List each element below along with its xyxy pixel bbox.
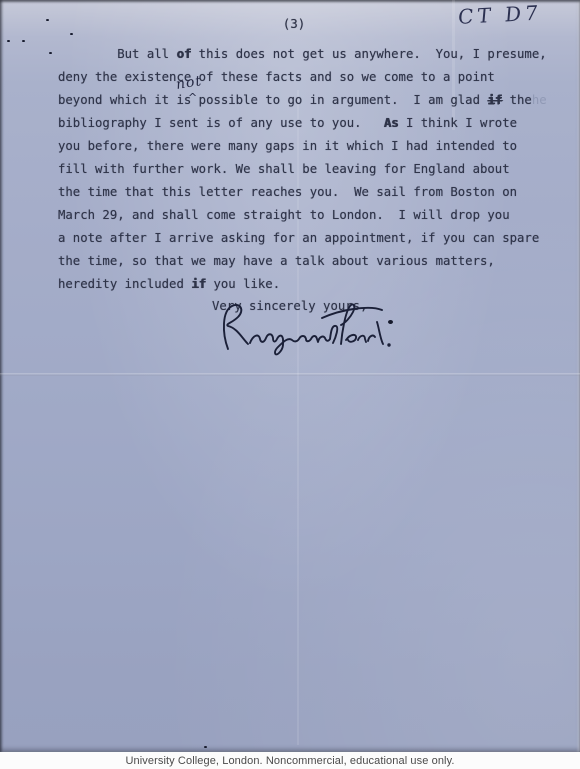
signature-handwriting (212, 297, 404, 357)
letter-text-segment: a note after I arrive asking for an appo… (58, 231, 539, 245)
letter-text-segment: fill with further work. We shall be leav… (58, 162, 510, 176)
letter-text-segment: I think I wrote (399, 116, 517, 130)
ink-spot (49, 52, 52, 54)
letter-text-segment: bibliography I sent is of any use to you… (58, 116, 384, 130)
letter-line: deny the existence of these facts and so… (58, 66, 563, 89)
letter-text-segment: the (502, 93, 532, 107)
scanned-letter-page: CT D7 (3) But all of this does not get u… (0, 0, 580, 769)
letter-paper: CT D7 (3) But all of this does not get u… (0, 0, 580, 752)
letter-text-segment: he (532, 93, 547, 107)
typed-letter-body: But all of this does not get us anywhere… (58, 43, 563, 296)
letter-text-segment: of (176, 47, 191, 61)
letter-line: But all of this does not get us anywhere… (58, 43, 563, 66)
caption-text: University College, London. Noncommercia… (125, 755, 454, 767)
letter-text-segment: you like. (206, 277, 280, 291)
letter-text-segment: you before, there were many gaps in it w… (58, 139, 517, 153)
letter-text-segment: heredity included (58, 277, 191, 291)
horizontal-fold-line (0, 373, 580, 376)
letter-line: fill with further work. We shall be leav… (58, 158, 563, 181)
ink-spot (204, 746, 207, 748)
letter-text-segment: As (384, 116, 399, 130)
letter-text-segment: the time that this letter reaches you. W… (58, 185, 517, 199)
letter-text-segment: beyond which it is possible to go in arg… (58, 93, 487, 107)
letter-line: beyond which it is possible to go in arg… (58, 89, 563, 112)
letter-line: a note after I arrive asking for an appo… (58, 227, 563, 250)
letter-text-segment: this does not get us anywhere. You, I pr… (191, 47, 546, 61)
letter-text-segment: But all (58, 47, 176, 61)
letter-text-segment: if (191, 277, 206, 291)
letter-line: you before, there were many gaps in it w… (58, 135, 563, 158)
letter-text-segment: if (487, 93, 502, 107)
letter-text-segment: deny the existence of these facts and so… (58, 70, 495, 84)
caption-strip: University College, London. Noncommercia… (0, 752, 580, 769)
insertion-caret-mark: ^ (188, 91, 197, 104)
ink-spot (22, 40, 25, 42)
letter-line: March 29, and shall come straight to Lon… (58, 204, 563, 227)
ink-spot (388, 320, 393, 324)
page-number: (3) (0, 16, 580, 31)
ink-spot (70, 33, 73, 35)
handwritten-insertion: not ^ (176, 72, 202, 91)
inserted-word: not (175, 73, 203, 93)
letter-line: the time that this letter reaches you. W… (58, 181, 563, 204)
letter-line: heredity included if you like. (58, 273, 563, 296)
letter-line: the time, so that we may have a talk abo… (58, 250, 563, 273)
ink-spot (46, 19, 49, 21)
letter-line: bibliography I sent is of any use to you… (58, 112, 563, 135)
ink-spot (7, 40, 10, 42)
letter-text-segment: the time, so that we may have a talk abo… (58, 254, 495, 268)
letter-text-segment: March 29, and shall come straight to Lon… (58, 208, 510, 222)
